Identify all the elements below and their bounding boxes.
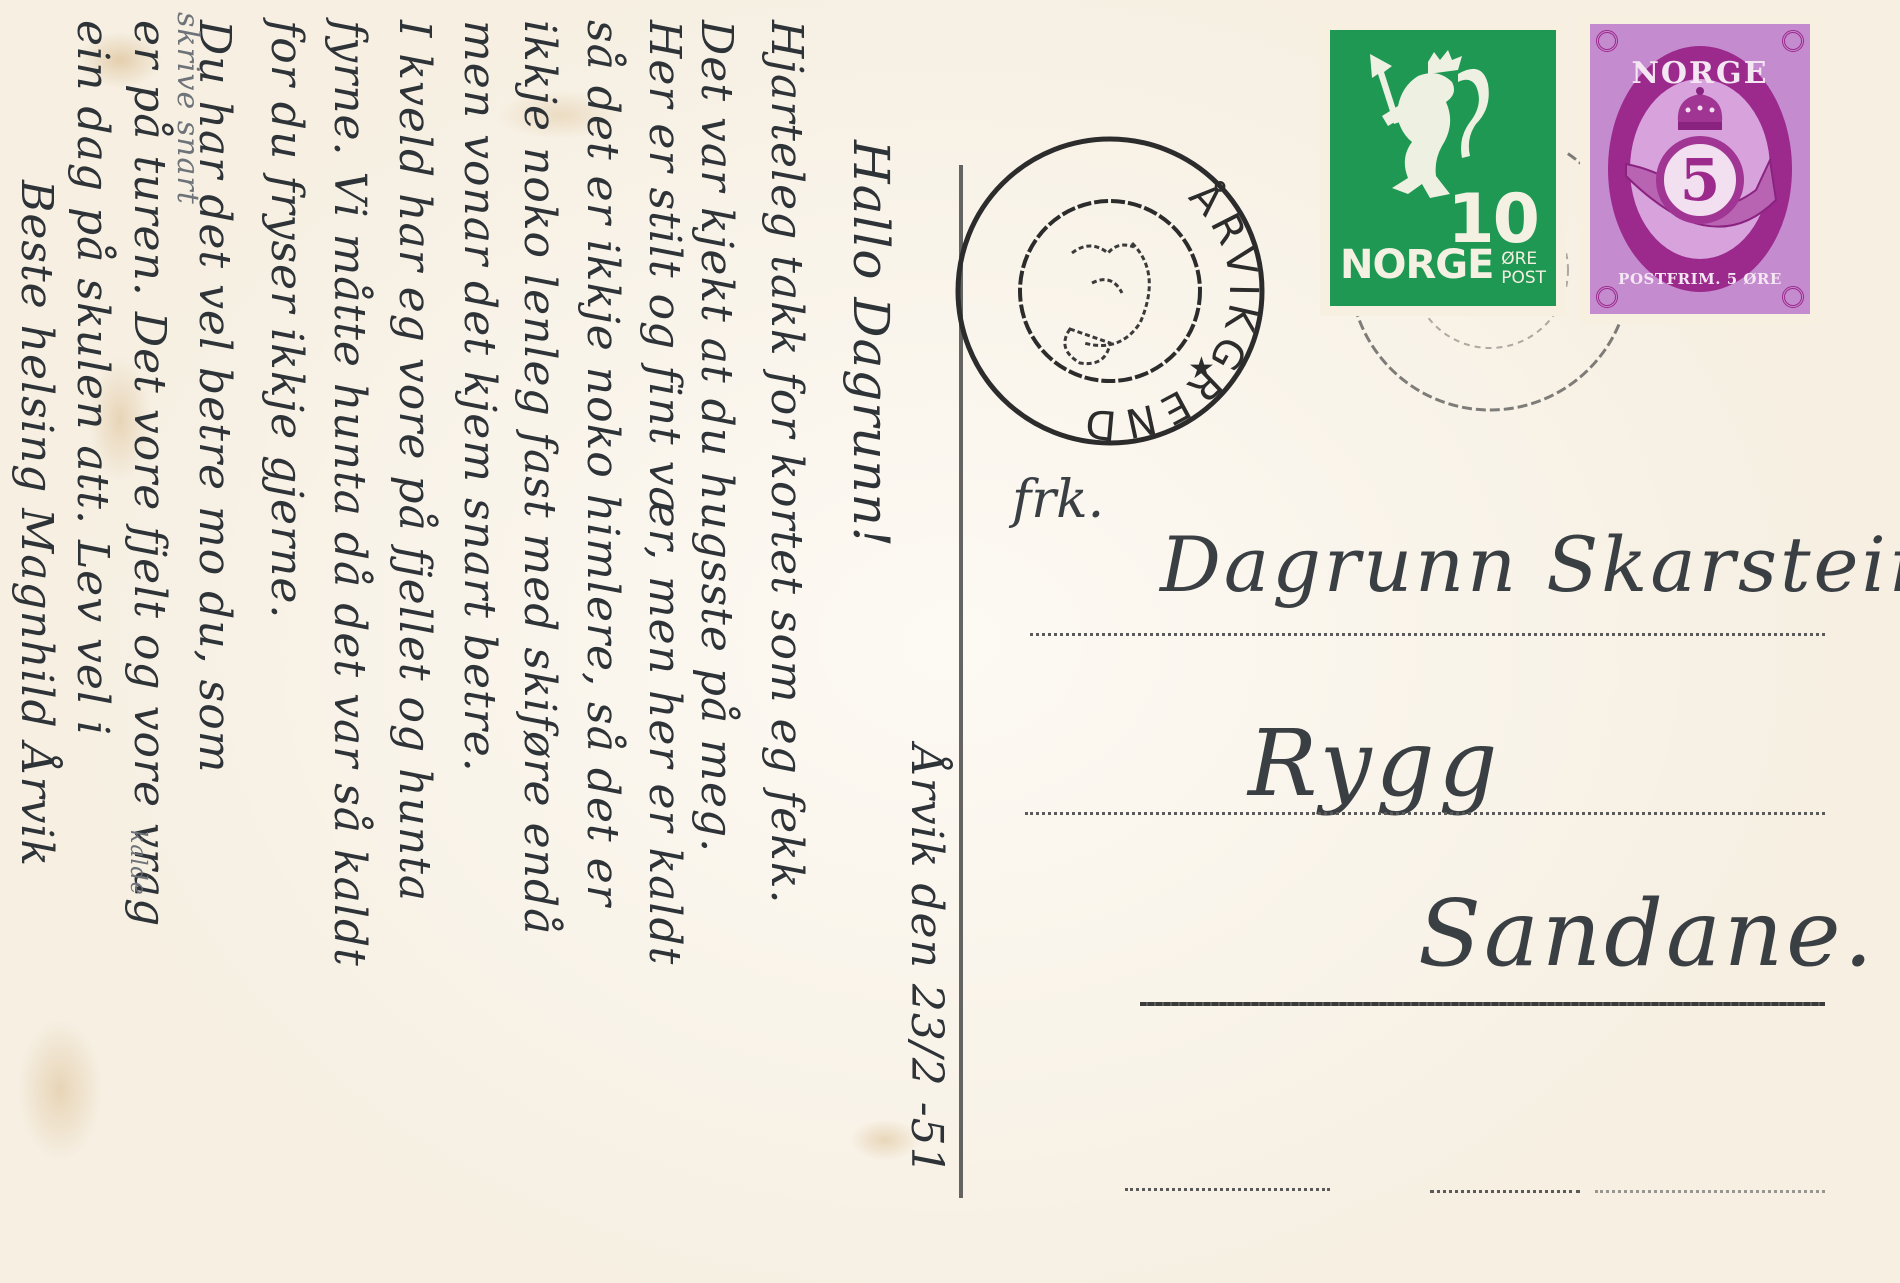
rosette-icon	[1596, 286, 1618, 308]
stamp-currency: ØRE POST	[1501, 250, 1546, 288]
margin-note: skrive snart	[170, 12, 205, 205]
postcard-back: Årvik den 23/2 -51 Hallo Dagrunn! Hjarte…	[0, 0, 1900, 1283]
address-line-2	[1025, 812, 1825, 815]
message-line: er på turen. Det vore fjelt og vore vrag	[124, 20, 175, 927]
message-line: ikkje noko lenleg fast med skiføre endå	[514, 20, 565, 935]
stamp-country: NORGE	[1590, 56, 1810, 91]
message-line: Det var kjekt at du hugsste på meg.	[691, 20, 742, 853]
message-line: I kveld har eg vore på fjellet og hunta	[389, 20, 440, 902]
address-line-4b	[1430, 1190, 1580, 1193]
stamp-value: 5	[1656, 136, 1744, 224]
message-line: for du fryser ikkje gjerne.	[261, 20, 312, 619]
address-line-3	[1140, 1002, 1825, 1006]
message-line: Her er stilt og fint vær, men her er kal…	[639, 20, 690, 965]
address-line-4c	[1595, 1190, 1825, 1193]
message-place-date: Årvik den 23/2 -51	[901, 745, 952, 1176]
rosette-icon	[1782, 30, 1804, 52]
message-line: Hjarteleg takk for kortet som eg fekk.	[761, 20, 812, 904]
crown-icon	[1674, 86, 1726, 132]
stamp-5-ore: 5 NORGE POSTFRIM. 5 ØRE	[1580, 14, 1820, 324]
message-signature: Beste helsing Magnhild Årvik	[11, 180, 62, 867]
svg-text:ÅRVIKGREND: ÅRVIKGREND	[1078, 172, 1267, 448]
rosette-icon	[1782, 286, 1804, 308]
margin-note: kalde	[125, 830, 150, 896]
message-greeting: Hallo Dagrunn!	[842, 140, 900, 548]
address-city: Sandane.	[1418, 880, 1876, 987]
message-line: men vonar det kjem snart betre.	[454, 20, 505, 773]
message-line: ein dag på skulen att. Lev vel i	[67, 20, 118, 736]
svg-text:★: ★	[1188, 351, 1215, 386]
address-title: frk.	[1012, 470, 1104, 530]
stamp-inscription: POSTFRIM. 5 ØRE	[1590, 270, 1810, 288]
postmark-stamp-icon: ÅRVIKGREND ★	[952, 133, 1268, 449]
message-line: så det er ikkje noko himlere, så det er	[577, 20, 628, 907]
stamp-country: NORGE	[1340, 242, 1493, 288]
message-line: fyrne. Vi måtte hunta då det var så kald…	[324, 20, 375, 967]
stamp-10-ore: 10 NORGE ØRE POST	[1320, 20, 1566, 316]
address-street: Rygg	[1248, 710, 1501, 817]
address-line-1	[1030, 633, 1825, 636]
rosette-icon	[1596, 30, 1618, 52]
address-line-4a	[1125, 1188, 1330, 1191]
address-name: Dagrunn Skarstein	[1160, 520, 1900, 609]
